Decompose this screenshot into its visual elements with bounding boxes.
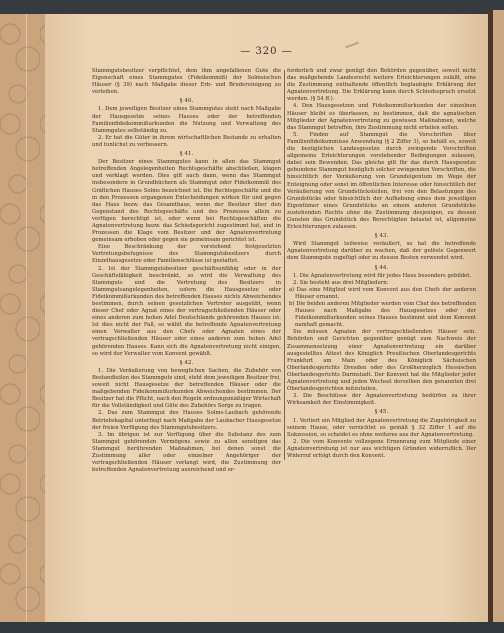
paragraph: 1. Dem jeweiligen Besitzer eines Stammgu… <box>92 106 281 134</box>
list-item: a) Das eine Mitglied wird vom Konvent au… <box>287 287 476 301</box>
paragraph: Der Besitzer eines Stammgutes kann in al… <box>92 159 281 244</box>
paragraph: 3. Im übrigen ist zur Verfügung über die… <box>92 432 281 475</box>
section-heading: § 43. <box>287 233 476 240</box>
paragraph: 3. Die Beschlüsse der Agnatenvertretung … <box>287 393 476 407</box>
paragraph: Sie müssen Agnaten der vertragschließend… <box>287 329 476 393</box>
list-item: b) Die beiden anderen Mitglieder werden … <box>287 301 476 329</box>
facing-page-edge <box>493 10 504 624</box>
paragraph: 2. Er hat die Güter in ihrem wirtschaftl… <box>92 135 281 149</box>
page-number: — 320 — <box>45 46 488 57</box>
paragraph: 5. Finden auf Stammgut die Vorschriften … <box>287 132 476 231</box>
paragraph: Stammgutsbesitzer verpflichtet, dem ihm … <box>92 68 281 96</box>
paragraph: 1. Die Agnatenvertretung wird für jedes … <box>287 273 476 280</box>
paragraph: 2. Das zum Stammgut des Hauses Solms-Lau… <box>92 410 281 431</box>
book-page: — 320 — Stammgutsbesitzer verpflichtet, … <box>45 14 488 622</box>
left-text-column: Stammgutsbesitzer verpflichtet, dem ihm … <box>92 68 281 474</box>
scanner-top-border <box>0 0 504 14</box>
paragraph: 4. Den Hausgesetzen und Fideikommißurkun… <box>287 103 476 131</box>
paragraph: 1. Verliert ein Mitglied der Agnatenvert… <box>287 418 476 439</box>
paragraph: forderlich und zwar genügt den Behörden … <box>287 68 476 103</box>
section-heading: § 44. <box>287 265 476 272</box>
paragraph: 2. Sie besteht aus drei Mitgliedern: <box>287 280 476 287</box>
section-heading: § 41. <box>92 151 281 158</box>
paragraph: 1. Die Veräußerung von beweglichen Sache… <box>92 368 281 411</box>
right-text-column: forderlich und zwar genügt den Behörden … <box>287 68 476 460</box>
marbled-book-binding <box>0 14 47 622</box>
column-divider <box>284 70 285 460</box>
scanner-bottom-border <box>0 622 504 633</box>
paragraph: 2. Ist der Stammgutsbesitzer geschäftsun… <box>92 266 281 358</box>
paragraph: 2. Die vom Konvente vollzogene Ernennung… <box>287 439 476 460</box>
section-heading: § 40. <box>92 98 281 105</box>
section-heading: § 42. <box>92 360 281 367</box>
binding-crease <box>26 14 27 622</box>
paragraph: Eine Beschränkung der vorstehend festges… <box>92 244 281 265</box>
paragraph: Wird Stammgut teilweise veräußert, so ha… <box>287 241 476 262</box>
section-heading: § 45. <box>287 409 476 416</box>
